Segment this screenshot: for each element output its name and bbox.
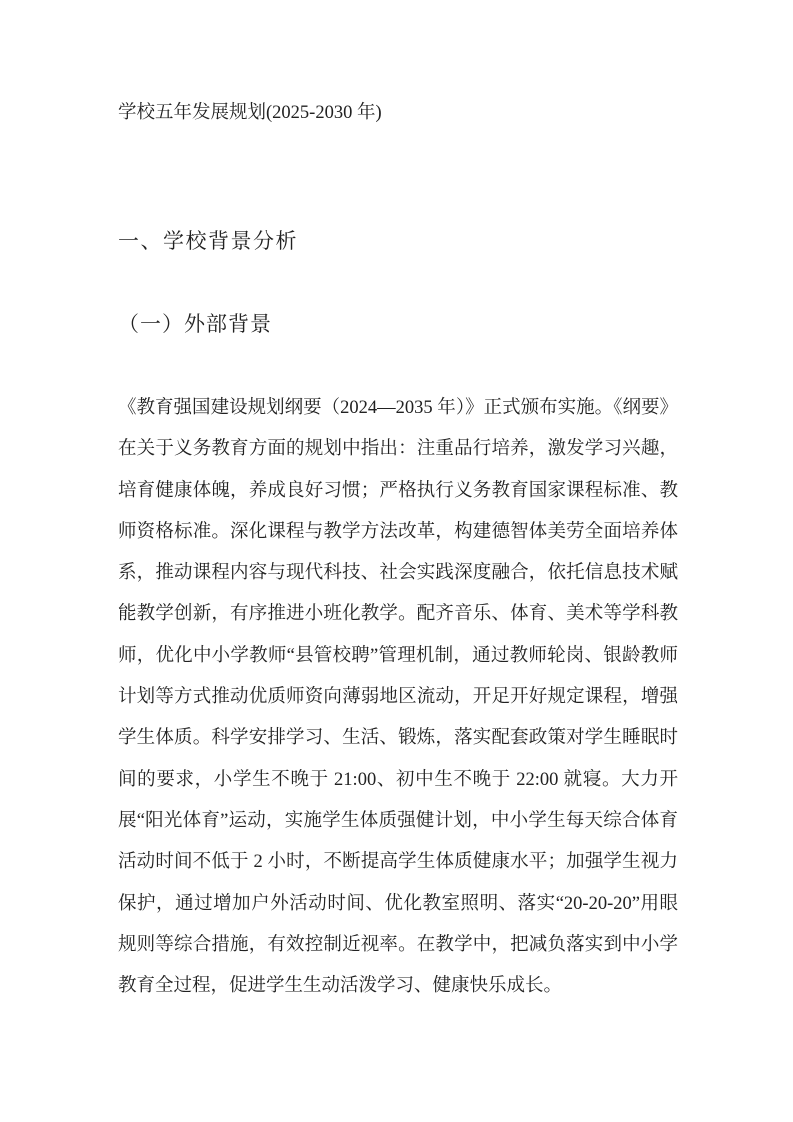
section-heading: 一、学校背景分析 — [118, 226, 678, 256]
body-paragraph: 《教育强国建设规划纲要（2024—2035 年）》正式颁布实施。《纲要》在关于义… — [118, 388, 678, 1007]
document-page: 学校五年发展规划(2025-2030 年) 一、学校背景分析 （一）外部背景 《… — [0, 0, 793, 1122]
document-title: 学校五年发展规划(2025-2030 年) — [118, 99, 678, 127]
subsection-heading: （一）外部背景 — [118, 309, 678, 339]
